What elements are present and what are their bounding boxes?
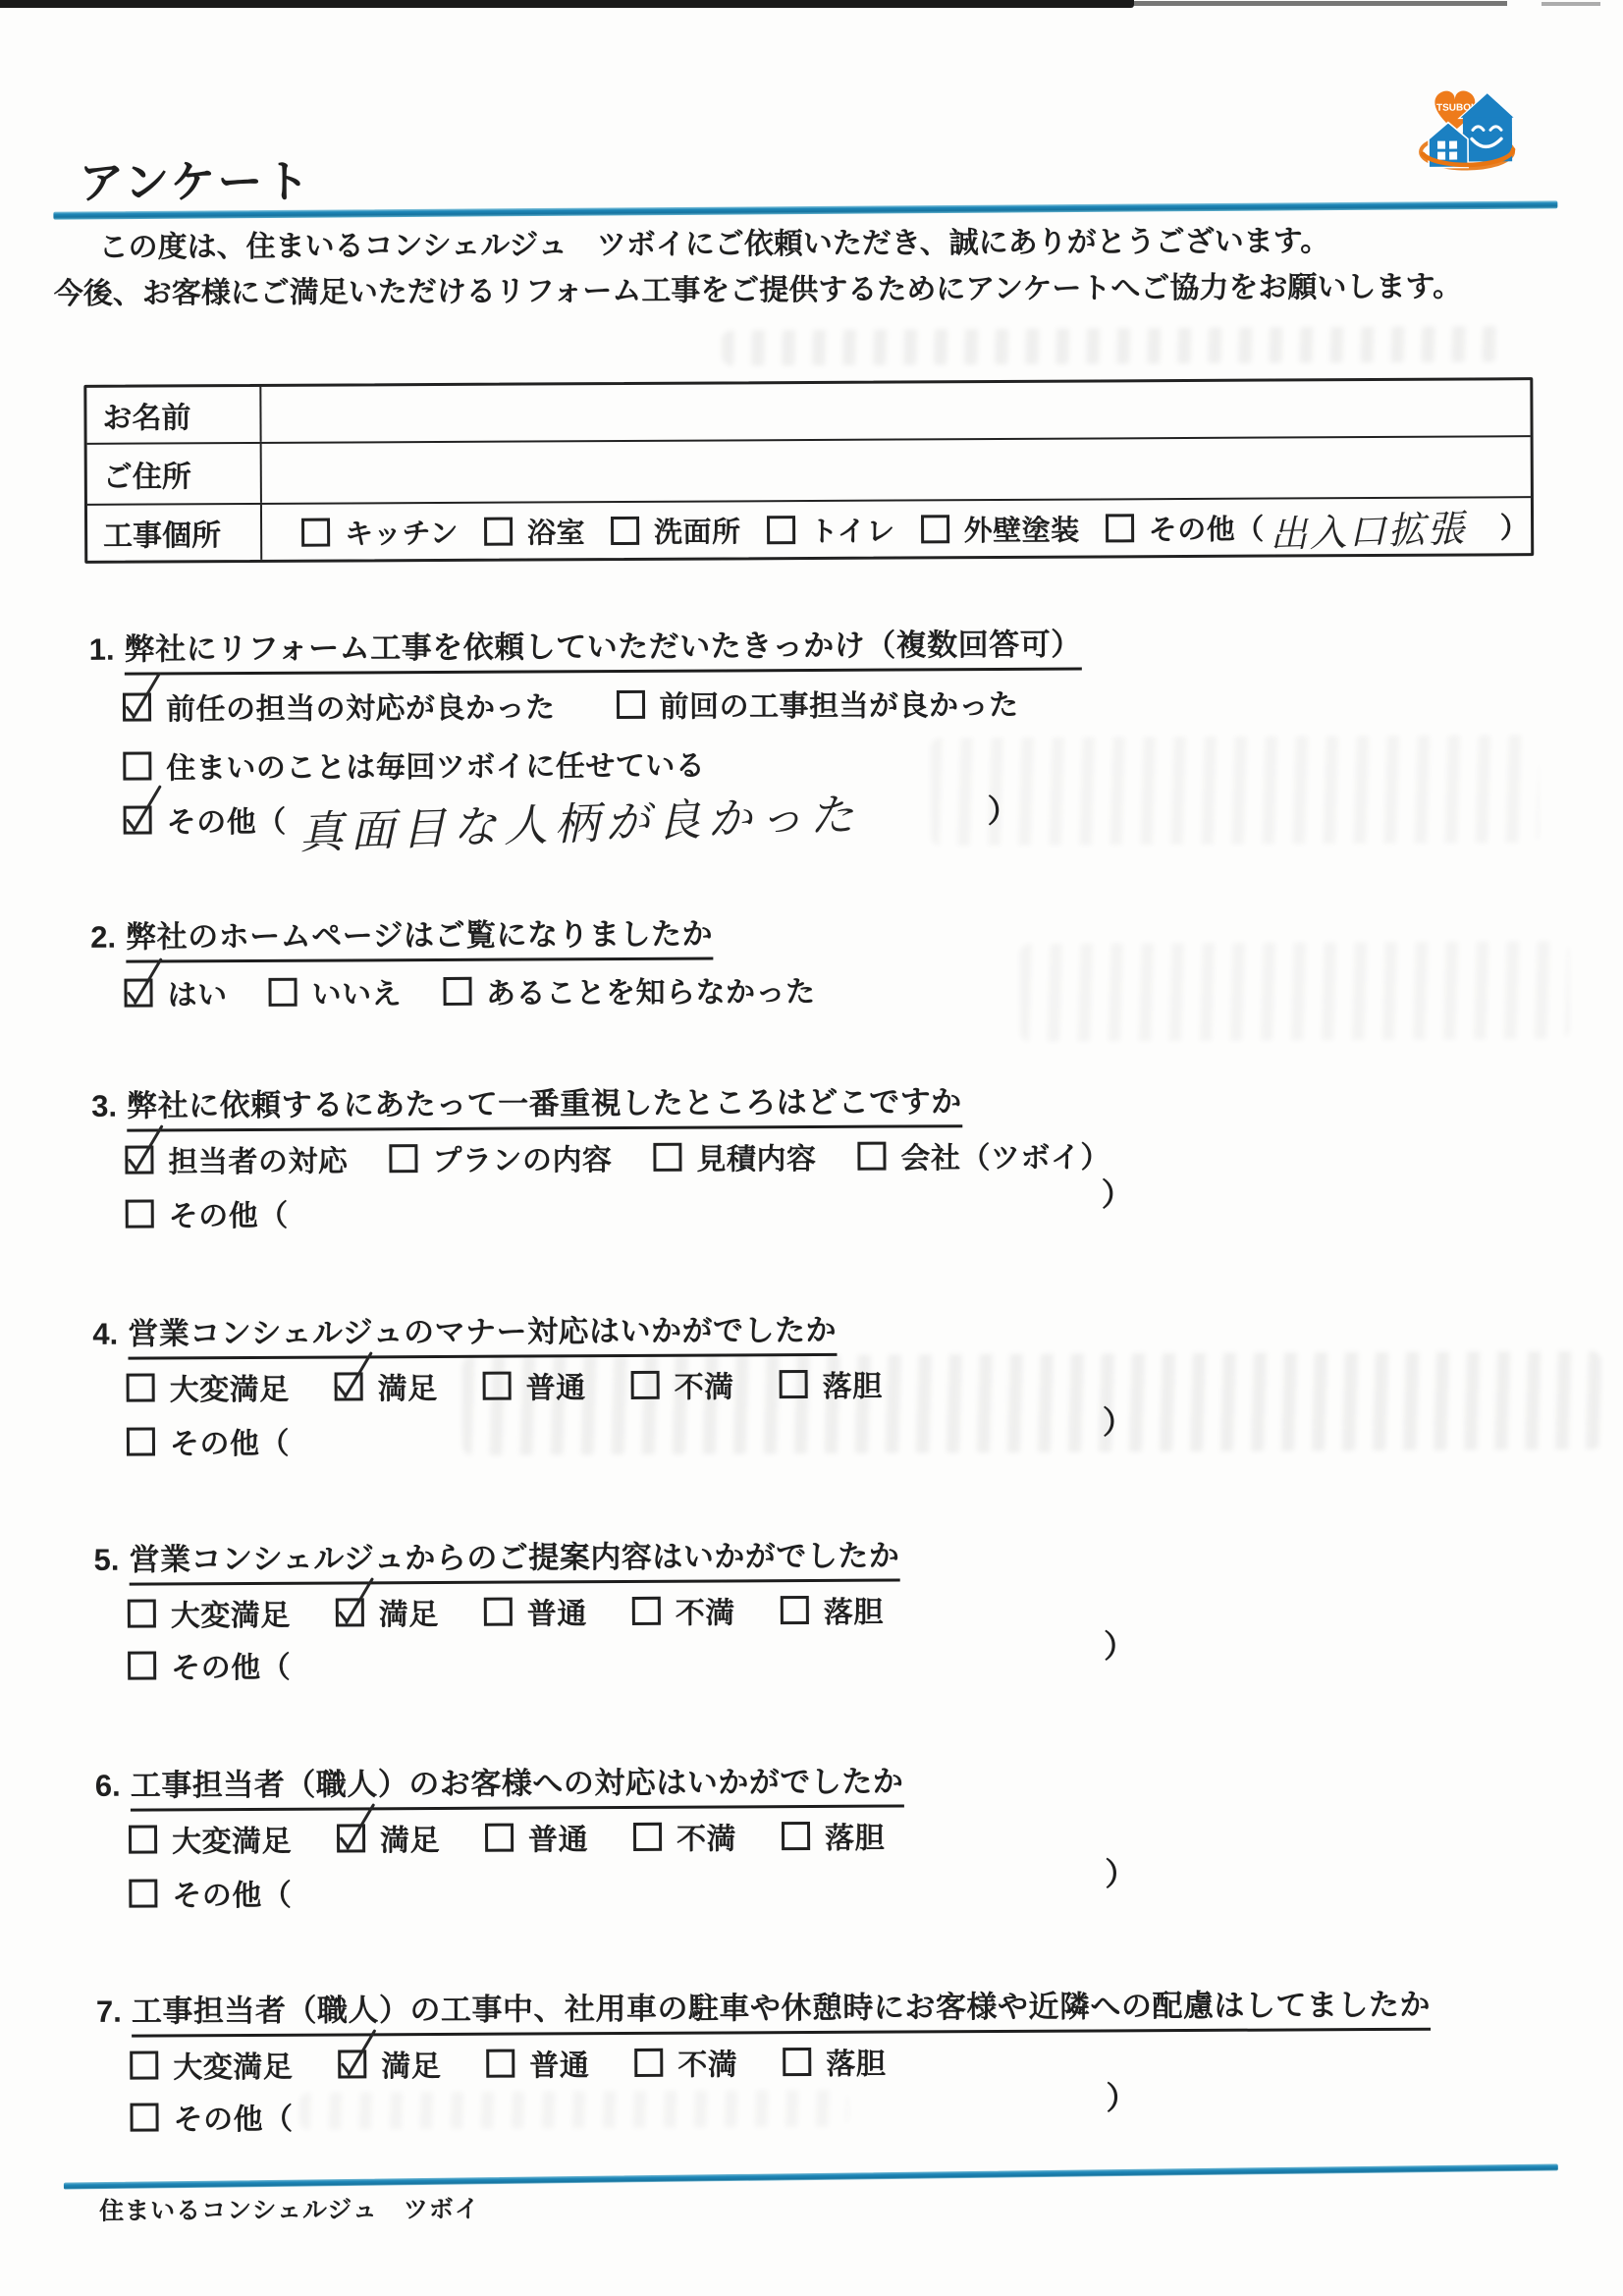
page-title: アンケート <box>79 146 312 212</box>
checkbox[interactable] <box>483 1371 512 1399</box>
question-heading: 4. 営業コンシェルジュのマナー対応はいかがでしたか <box>92 1301 1585 1360</box>
checkbox[interactable] <box>338 2050 366 2078</box>
tsuboi-company-logo: TSUBOI <box>1418 81 1517 176</box>
checkbox[interactable] <box>130 2050 158 2079</box>
checkbox[interactable] <box>130 2103 158 2131</box>
option-label: 不満 <box>676 1588 735 1631</box>
option-label: キッチン <box>345 511 459 552</box>
option-label: 落胆 <box>826 2040 886 2083</box>
question-number: 4. <box>92 1317 128 1352</box>
option-label: 満足 <box>381 2042 441 2085</box>
question-title: 弊社のホームページはご覧になりましたか <box>126 909 713 963</box>
address-field[interactable] <box>262 437 1531 503</box>
checkbox[interactable] <box>633 1822 662 1850</box>
checkbox[interactable] <box>124 978 152 1007</box>
option-label: 不満 <box>675 1362 734 1405</box>
option-label: 大変満足 <box>171 1591 291 1635</box>
question-number: 7. <box>96 1995 132 2030</box>
option-label: 普通 <box>526 1363 586 1406</box>
work-location-options: キッチン 浴室 洗面所 トイレ <box>262 498 1531 560</box>
table-row-work-location: 工事個所 キッチン 浴室 洗面所 <box>87 498 1531 561</box>
option-label: 満足 <box>380 1816 440 1859</box>
question-number: 5. <box>93 1543 129 1578</box>
option-kitchen: キッチン <box>301 511 459 552</box>
scanned-survey-sheet: TSUBOI アンケート この度は、住まいるコンシェルジュ ツボイにご依頼いただ… <box>0 0 1623 2296</box>
checkbox[interactable] <box>783 2048 811 2076</box>
footer-company-name: 住まいるコンシェルジュ ツボイ <box>99 2190 480 2227</box>
option-label: 満足 <box>378 1364 438 1407</box>
checkbox[interactable] <box>634 2048 663 2076</box>
option-label: 外壁塗装 <box>964 508 1080 549</box>
checkbox[interactable] <box>484 1597 513 1625</box>
question-title: 弊社にリフォーム工事を依頼していただいたきっかけ（複数回答可） <box>125 620 1082 676</box>
option-label: その他（ <box>1149 507 1265 548</box>
checkbox[interactable] <box>336 1598 364 1626</box>
name-field[interactable] <box>261 380 1530 442</box>
checkbox[interactable] <box>921 515 949 543</box>
option-bathroom: 浴室 <box>484 511 585 552</box>
question-6: 6. 工事担当者（職人）のお客様への対応はいかがでしたか 大変満足 満足 普通 … <box>95 1753 1589 1928</box>
question-number: 1. <box>89 632 125 668</box>
customer-info-table: お名前 ご住所 工事個所 キッチン 浴室 <box>83 377 1534 564</box>
option-label: その他（ <box>171 1643 291 1687</box>
checkbox[interactable] <box>129 1825 157 1853</box>
question-title: 営業コンシェルジュからのご提案内容はいかがでしたか <box>129 1531 899 1586</box>
checkbox[interactable] <box>127 1427 155 1455</box>
checkbox[interactable] <box>484 517 513 545</box>
close-paren: ） <box>1102 1170 1133 1215</box>
other-row: その他（ 真面目な人柄が良かった ） <box>124 793 1066 843</box>
option-label: 大変満足 <box>173 2043 293 2087</box>
options-row: 大変満足 満足 普通 不満 落胆 <box>130 2040 886 2087</box>
option-exterior-paint: 外壁塗装 <box>921 508 1080 549</box>
checkbox[interactable] <box>781 1596 809 1624</box>
table-row-address: ご住所 <box>87 437 1531 506</box>
question-number: 3. <box>91 1089 127 1124</box>
option-label: その他（ <box>173 2095 293 2139</box>
option-washroom: 洗面所 <box>611 510 741 551</box>
checkbox[interactable] <box>486 2049 514 2077</box>
option-label: 担当者の対応 <box>168 1136 348 1180</box>
checkbox[interactable] <box>616 689 644 718</box>
other-row: その他（ ） <box>129 1865 1160 1915</box>
options-row: 大変満足 満足 普通 不満 落胆 <box>127 1362 883 1409</box>
options-row: はい いいえ あることを知らなかった <box>124 967 815 1014</box>
option-label: その他（ <box>169 1191 289 1235</box>
option-label: プランの内容 <box>432 1135 612 1179</box>
option-label: 普通 <box>528 1815 588 1858</box>
checkbox[interactable] <box>631 1370 660 1398</box>
option-toilet: トイレ <box>766 509 894 550</box>
other-row: その他（ ） <box>128 1637 1159 1687</box>
checkbox[interactable] <box>123 692 151 721</box>
checkbox[interactable] <box>127 1373 155 1401</box>
question-1: 1. 弊社にリフォーム工事を依頼していただいたきっかけ（複数回答可） 前任の担当… <box>89 617 1583 909</box>
close-paren: ） <box>1104 1621 1135 1667</box>
question-heading: 3. 弊社に依頼するにあたって一番重視したところはどこですか <box>91 1073 1584 1132</box>
option-label: トイレ <box>809 509 894 549</box>
other-row: その他（ ） <box>127 1413 1158 1463</box>
checkbox[interactable] <box>126 1199 154 1228</box>
option-label: 前任の担当の対応が良かった <box>166 683 556 728</box>
intro-line-2: 今後、お客様にご満足いただけるリフォーム工事をご提供するためにアンケートへご協力… <box>54 268 1571 313</box>
checkbox[interactable] <box>653 1142 681 1171</box>
option-label: 落胆 <box>825 1814 885 1857</box>
question-title: 工事担当者（職人）の工事中、社用車の駐車や休憩時にお客様や近隣への配慮はしてまし… <box>132 1980 1431 2038</box>
options-row: 大変満足 満足 普通 不満 落胆 <box>129 1814 885 1861</box>
option-label: 洗面所 <box>654 510 741 550</box>
option-label: 不満 <box>677 2040 737 2083</box>
intro-line-1: この度は、住まいるコンシェルジュ ツボイにご依頼いただき、誠にありがとうございま… <box>53 222 1570 267</box>
handwritten-answer: 真面目な人柄が良かった <box>298 778 862 860</box>
close-paren: ） <box>1500 506 1529 546</box>
question-3: 3. 弊社に依頼するにあたって一番重視したところはどこですか 担当者の対応 プラ… <box>91 1073 1585 1248</box>
option-other: その他（ 出入口拡張 ） <box>1106 499 1529 555</box>
question-heading: 1. 弊社にリフォーム工事を依頼していただいたきっかけ（複数回答可） <box>89 617 1582 676</box>
handwritten-answer: 出入口拡張 <box>1269 497 1467 558</box>
checkbox[interactable] <box>389 1144 417 1173</box>
checkbox[interactable] <box>125 1145 153 1174</box>
question-heading: 6. 工事担当者（職人）のお客様への対応はいかがでしたか <box>95 1753 1588 1812</box>
option-label: 落胆 <box>824 1588 884 1631</box>
option-label: その他（ <box>172 1871 292 1915</box>
checkbox[interactable] <box>123 751 151 780</box>
options-row: 前任の担当の対応が良かった 前回の工事担当が良かった <box>123 681 1019 729</box>
other-row: その他（ ） <box>130 2089 1161 2139</box>
checkbox[interactable] <box>124 805 152 834</box>
checkbox[interactable] <box>337 1824 365 1852</box>
checkbox[interactable] <box>857 1141 886 1170</box>
table-row-name: お名前 <box>86 380 1530 445</box>
option-label: 見積内容 <box>696 1134 816 1178</box>
option-label: 大変満足 <box>172 1817 292 1861</box>
question-number: 2. <box>90 920 126 956</box>
option-label: 普通 <box>529 2041 589 2084</box>
option-label: その他（ <box>170 1419 290 1463</box>
question-title: 営業コンシェルジュのマナー対応はいかがでしたか <box>128 1305 837 1360</box>
option-label: 会社（ツボイ） <box>900 1132 1110 1176</box>
option-label: いいえ <box>311 969 402 1012</box>
options-row: 担当者の対応 プランの内容 見積内容 会社（ツボイ） <box>125 1132 1110 1180</box>
checkbox[interactable] <box>443 976 471 1005</box>
question-title: 弊社に依頼するにあたって一番重視したところはどこですか <box>127 1076 962 1131</box>
option-label: 不満 <box>676 1814 736 1857</box>
checkbox[interactable] <box>268 977 297 1006</box>
checkbox[interactable] <box>782 1822 810 1850</box>
options-row: 大変満足 満足 普通 不満 落胆 <box>128 1588 884 1635</box>
question-7: 7. 工事担当者（職人）の工事中、社用車の駐車や休憩時にお客様や近隣への配慮はし… <box>96 1979 1590 2154</box>
question-heading: 7. 工事担当者（職人）の工事中、社用車の駐車や休憩時にお客様や近隣への配慮はし… <box>96 1979 1589 2038</box>
option-label: 落胆 <box>823 1362 883 1405</box>
options-row: 住まいのことは毎回ツボイに任せている <box>123 741 705 788</box>
question-5: 5. 営業コンシェルジュからのご提案内容はいかがでしたか 大変満足 満足 普通 … <box>93 1527 1587 1702</box>
name-label: お名前 <box>86 387 261 443</box>
question-4: 4. 営業コンシェルジュのマナー対応はいかがでしたか 大変満足 満足 普通 不満… <box>92 1301 1586 1476</box>
work-location-label: 工事個所 <box>87 505 262 561</box>
option-label: あることを知らなかった <box>486 967 816 1012</box>
close-paren: ） <box>1103 1397 1134 1443</box>
checkbox[interactable] <box>767 516 795 544</box>
checkbox[interactable] <box>128 1599 156 1627</box>
bleed-through-artifact <box>722 326 1507 365</box>
close-paren: ） <box>1105 1849 1136 1894</box>
close-paren: ） <box>1106 2073 1137 2118</box>
question-number: 6. <box>95 1769 131 1804</box>
checkbox[interactable] <box>611 516 639 544</box>
option-label: 浴室 <box>527 511 585 551</box>
checkbox[interactable] <box>632 1596 661 1624</box>
checkbox[interactable] <box>780 1370 808 1398</box>
checkbox[interactable] <box>129 1879 157 1907</box>
question-title: 工事担当者（職人）のお客様への対応はいかがでしたか <box>131 1757 904 1812</box>
other-row: その他（ ） <box>126 1185 1157 1235</box>
question-heading: 2. 弊社のホームページはご覧になりましたか <box>90 904 1583 963</box>
checkbox[interactable] <box>1106 514 1134 542</box>
checkbox[interactable] <box>335 1372 363 1400</box>
address-label: ご住所 <box>87 444 262 504</box>
question-2: 2. 弊社のホームページはご覧になりましたか はい いいえ あることを知らなかっ… <box>90 904 1584 1030</box>
checkbox[interactable] <box>485 1823 514 1851</box>
option-label: その他（ <box>167 797 287 842</box>
option-label: 住まいのことは毎回ツボイに任せている <box>166 741 705 788</box>
option-label: 普通 <box>527 1589 587 1632</box>
checkbox[interactable] <box>128 1651 156 1679</box>
option-label: 大変満足 <box>170 1365 290 1409</box>
close-paren: ） <box>987 787 1018 832</box>
option-label: はい <box>167 970 227 1013</box>
option-label: 満足 <box>379 1590 439 1633</box>
question-heading: 5. 営業コンシェルジュからのご提案内容はいかがでしたか <box>93 1527 1586 1586</box>
checkbox[interactable] <box>301 518 330 546</box>
option-label: 前回の工事担当が良かった <box>659 681 1018 726</box>
footer-divider <box>64 2163 1558 2189</box>
